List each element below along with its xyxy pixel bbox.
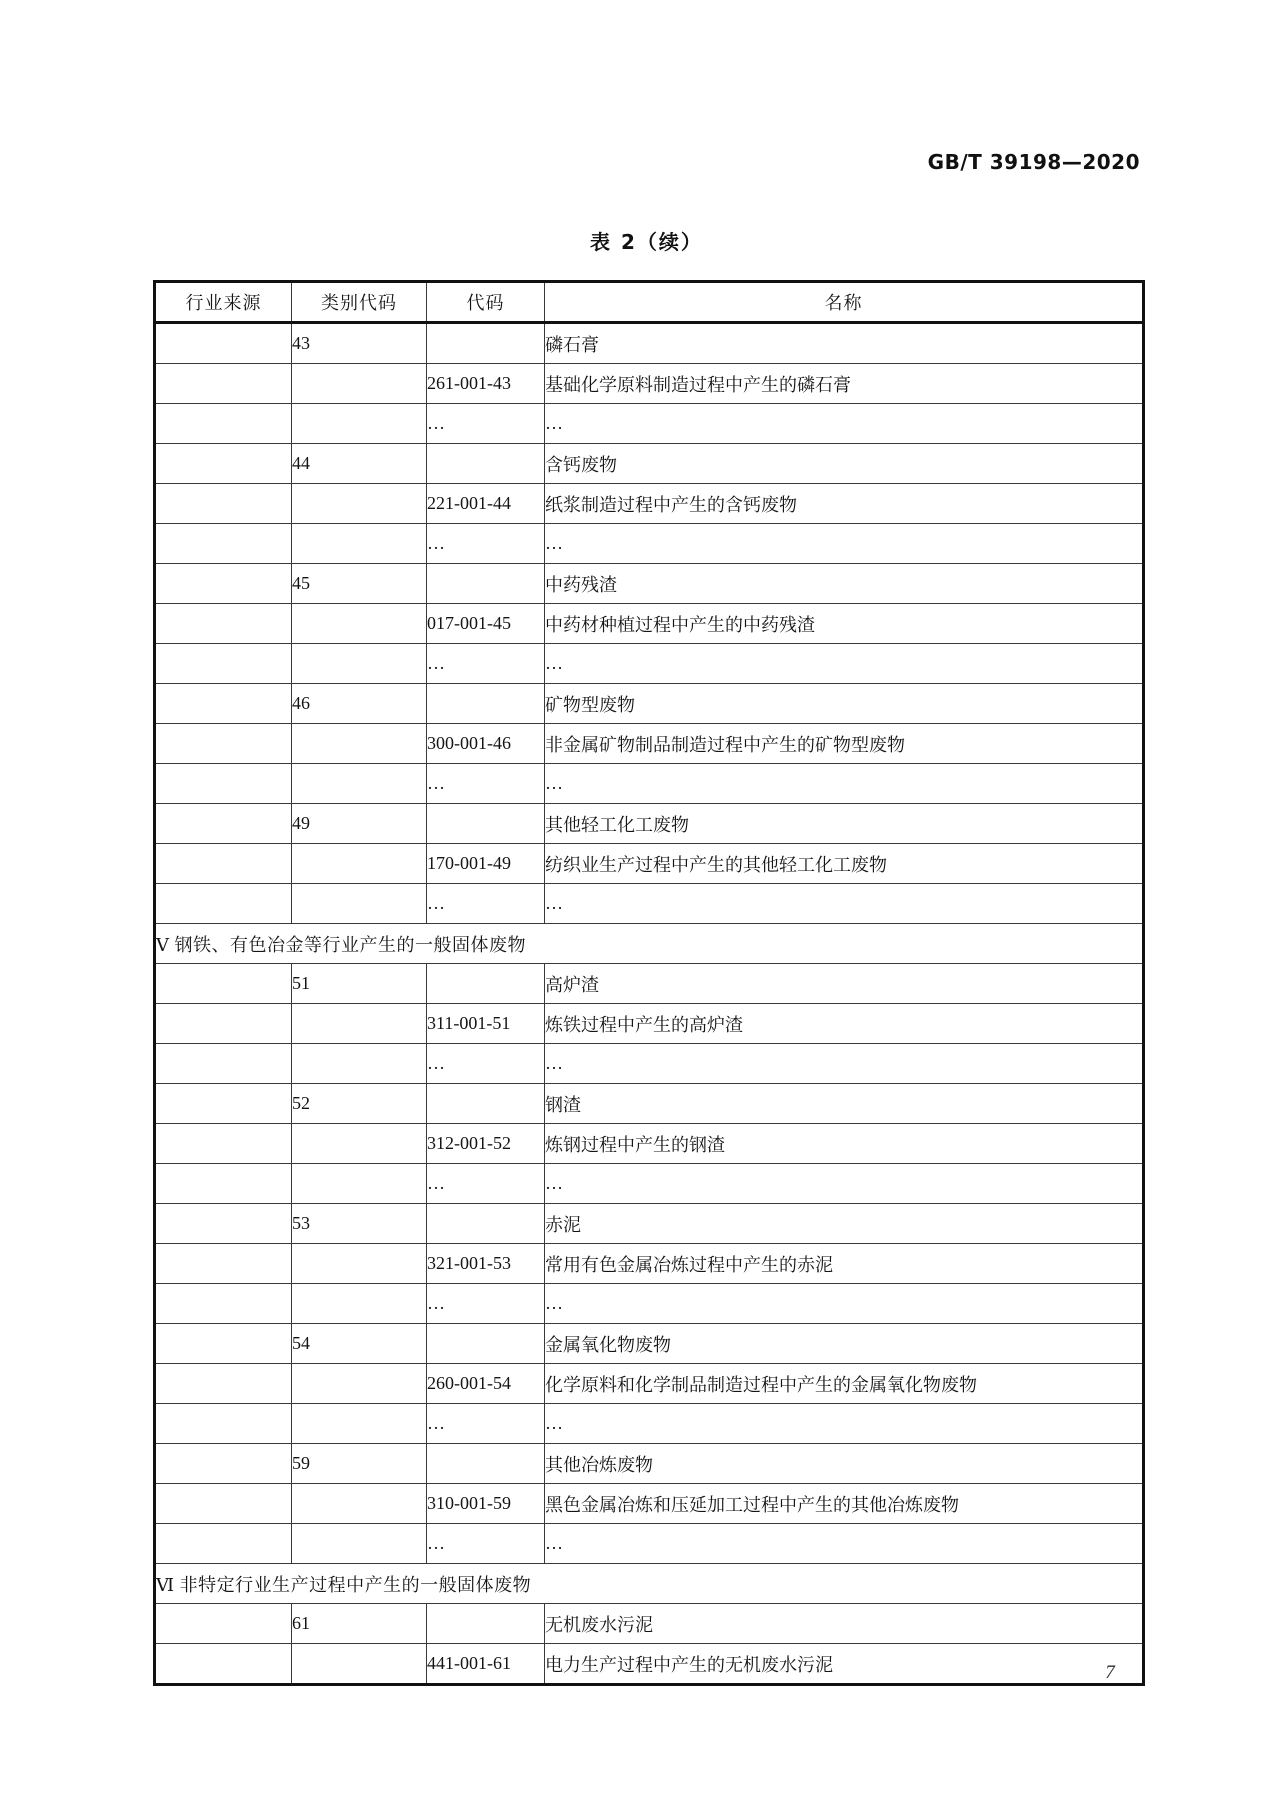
cell-code: 312-001-52 (427, 1124, 545, 1164)
cell-code: … (427, 884, 545, 924)
cell-category: 45 (292, 564, 427, 604)
cell-name: 化学原料和化学制品制造过程中产生的金属氧化物废物 (545, 1364, 1144, 1404)
table-row: …… (155, 1044, 1144, 1084)
cell-name: … (545, 764, 1144, 804)
table-row: 311-001-51炼铁过程中产生的高炉渣 (155, 1004, 1144, 1044)
cell-category (292, 1124, 427, 1164)
cell-name: 电力生产过程中产生的无机废水污泥 (545, 1644, 1144, 1685)
cell-code: … (427, 1524, 545, 1564)
cell-category (292, 484, 427, 524)
cell-category: 49 (292, 804, 427, 844)
header-row: 行业来源 类别代码 代码 名称 (155, 282, 1144, 323)
cell-industry (155, 1004, 292, 1044)
cell-code (427, 1444, 545, 1484)
cell-name: 纸浆制造过程中产生的含钙废物 (545, 484, 1144, 524)
cell-code (427, 684, 545, 724)
cell-category (292, 1524, 427, 1564)
table-row: …… (155, 524, 1144, 564)
cell-industry (155, 1164, 292, 1204)
cell-name: 基础化学原料制造过程中产生的磷石膏 (545, 364, 1144, 404)
cell-category (292, 604, 427, 644)
cell-industry (155, 884, 292, 924)
cell-category: 43 (292, 323, 427, 364)
cell-industry (155, 1404, 292, 1444)
cell-code: … (427, 524, 545, 564)
cell-name: 赤泥 (545, 1204, 1144, 1244)
cell-name: … (545, 884, 1144, 924)
cell-industry (155, 1364, 292, 1404)
cell-code: 321-001-53 (427, 1244, 545, 1284)
cell-name: 黑色金属冶炼和压延加工过程中产生的其他冶炼废物 (545, 1484, 1144, 1524)
cell-industry (155, 1204, 292, 1244)
cell-code: 311-001-51 (427, 1004, 545, 1044)
cell-code: … (427, 1164, 545, 1204)
cell-category (292, 524, 427, 564)
table-row: 321-001-53常用有色金属冶炼过程中产生的赤泥 (155, 1244, 1144, 1284)
table-row: 45中药残渣 (155, 564, 1144, 604)
cell-category (292, 1284, 427, 1324)
cell-name: 矿物型废物 (545, 684, 1144, 724)
table-row: 261-001-43基础化学原料制造过程中产生的磷石膏 (155, 364, 1144, 404)
cell-category (292, 1044, 427, 1084)
cell-category: 53 (292, 1204, 427, 1244)
cell-code (427, 1324, 545, 1364)
cell-code: 221-001-44 (427, 484, 545, 524)
table-row: 52钢渣 (155, 1084, 1144, 1124)
cell-industry (155, 1124, 292, 1164)
cell-name: 无机废水污泥 (545, 1604, 1144, 1644)
table-row: 312-001-52炼钢过程中产生的钢渣 (155, 1124, 1144, 1164)
cell-code: … (427, 404, 545, 444)
cell-category (292, 724, 427, 764)
cell-code: … (427, 764, 545, 804)
cell-industry (155, 524, 292, 564)
cell-industry (155, 604, 292, 644)
cell-category: 52 (292, 1084, 427, 1124)
cell-industry (155, 484, 292, 524)
cell-code (427, 1204, 545, 1244)
cell-industry (155, 564, 292, 604)
table-row: …… (155, 404, 1144, 444)
cell-category (292, 404, 427, 444)
table-row: 300-001-46非金属矿物制品制造过程中产生的矿物型废物 (155, 724, 1144, 764)
cell-code (427, 564, 545, 604)
table-row: 43磷石膏 (155, 323, 1144, 364)
cell-category (292, 1364, 427, 1404)
cell-industry (155, 804, 292, 844)
cell-code (427, 1084, 545, 1124)
cell-category (292, 1404, 427, 1444)
table-row: 310-001-59黑色金属冶炼和压延加工过程中产生的其他冶炼废物 (155, 1484, 1144, 1524)
standard-number: GB/T 39198—2020 (153, 150, 1140, 174)
cell-industry (155, 364, 292, 404)
table-title: 表 2（续） (153, 226, 1140, 255)
section-label: Ⅵ 非特定行业生产过程中产生的一般固体废物 (155, 1564, 1144, 1604)
cell-category (292, 1484, 427, 1524)
cell-industry (155, 1604, 292, 1644)
cell-industry (155, 1484, 292, 1524)
cell-category (292, 884, 427, 924)
cell-name: 非金属矿物制品制造过程中产生的矿物型废物 (545, 724, 1144, 764)
cell-industry (155, 1084, 292, 1124)
cell-code: … (427, 1284, 545, 1324)
cell-category (292, 844, 427, 884)
table-row: …… (155, 1524, 1144, 1564)
cell-name: … (545, 644, 1144, 684)
cell-code (427, 964, 545, 1004)
section-label: Ⅴ 钢铁、有色冶金等行业产生的一般固体废物 (155, 924, 1144, 964)
cell-name: 常用有色金属冶炼过程中产生的赤泥 (545, 1244, 1144, 1284)
table-row: 170-001-49纺织业生产过程中产生的其他轻工化工废物 (155, 844, 1144, 884)
table-row: 441-001-61电力生产过程中产生的无机废水污泥 (155, 1644, 1144, 1685)
cell-industry (155, 684, 292, 724)
cell-category (292, 1644, 427, 1685)
cell-name: 中药残渣 (545, 564, 1144, 604)
page-number: 7 (1080, 1662, 1140, 1684)
table-row: 017-001-45中药材种植过程中产生的中药残渣 (155, 604, 1144, 644)
cell-industry (155, 404, 292, 444)
cell-category: 59 (292, 1444, 427, 1484)
cell-industry (155, 1284, 292, 1324)
table-row: 51高炉渣 (155, 964, 1144, 1004)
table-header: 行业来源 类别代码 代码 名称 (155, 282, 1144, 323)
table-row: …… (155, 644, 1144, 684)
table-row: …… (155, 1404, 1144, 1444)
cell-category (292, 364, 427, 404)
cell-name: 高炉渣 (545, 964, 1144, 1004)
table-row: …… (155, 764, 1144, 804)
cell-industry (155, 1244, 292, 1284)
section-row: Ⅴ 钢铁、有色冶金等行业产生的一般固体废物 (155, 924, 1144, 964)
col-header-name: 名称 (545, 282, 1144, 323)
waste-classification-table: 行业来源 类别代码 代码 名称 43磷石膏261-001-43基础化学原料制造过… (153, 280, 1145, 1686)
cell-code (427, 804, 545, 844)
section-row: Ⅵ 非特定行业生产过程中产生的一般固体废物 (155, 1564, 1144, 1604)
cell-category: 51 (292, 964, 427, 1004)
table-body: 43磷石膏261-001-43基础化学原料制造过程中产生的磷石膏……44含钙废物… (155, 323, 1144, 1685)
col-header-industry-source: 行业来源 (155, 282, 292, 323)
cell-name: 中药材种植过程中产生的中药残渣 (545, 604, 1144, 644)
cell-name: … (545, 1044, 1144, 1084)
cell-code (427, 323, 545, 364)
cell-code: 441-001-61 (427, 1644, 545, 1685)
cell-name: 钢渣 (545, 1084, 1144, 1124)
table-row: 61无机废水污泥 (155, 1604, 1144, 1644)
cell-code: 170-001-49 (427, 844, 545, 884)
cell-category (292, 1164, 427, 1204)
cell-code: … (427, 1044, 545, 1084)
cell-name: 其他冶炼废物 (545, 1444, 1144, 1484)
cell-code: 260-001-54 (427, 1364, 545, 1404)
col-header-category-code: 类别代码 (292, 282, 427, 323)
cell-name: 磷石膏 (545, 323, 1144, 364)
cell-name: … (545, 1404, 1144, 1444)
cell-name: 炼铁过程中产生的高炉渣 (545, 1004, 1144, 1044)
cell-industry (155, 1644, 292, 1685)
cell-code: … (427, 1404, 545, 1444)
cell-name: 其他轻工化工废物 (545, 804, 1144, 844)
document-page: GB/T 39198—2020 表 2（续） 行业来源 类别代码 代码 名称 4… (0, 0, 1280, 1810)
cell-industry (155, 1444, 292, 1484)
cell-code: 300-001-46 (427, 724, 545, 764)
table-row: 59其他冶炼废物 (155, 1444, 1144, 1484)
cell-category: 44 (292, 444, 427, 484)
cell-code: 017-001-45 (427, 604, 545, 644)
table-row: 221-001-44纸浆制造过程中产生的含钙废物 (155, 484, 1144, 524)
table-row: …… (155, 1284, 1144, 1324)
cell-industry (155, 764, 292, 804)
cell-category (292, 764, 427, 804)
cell-industry (155, 323, 292, 364)
cell-category: 61 (292, 1604, 427, 1644)
cell-name: … (545, 1524, 1144, 1564)
table-row: …… (155, 1164, 1144, 1204)
cell-name: 纺织业生产过程中产生的其他轻工化工废物 (545, 844, 1144, 884)
table-row: 46矿物型废物 (155, 684, 1144, 724)
cell-industry (155, 844, 292, 884)
table-row: 44含钙废物 (155, 444, 1144, 484)
cell-name: … (545, 1164, 1144, 1204)
cell-industry (155, 724, 292, 764)
cell-code (427, 444, 545, 484)
col-header-code: 代码 (427, 282, 545, 323)
cell-category (292, 1004, 427, 1044)
cell-name: … (545, 404, 1144, 444)
table-row: 49其他轻工化工废物 (155, 804, 1144, 844)
table-row: 54金属氧化物废物 (155, 1324, 1144, 1364)
cell-code: 261-001-43 (427, 364, 545, 404)
table-row: 260-001-54化学原料和化学制品制造过程中产生的金属氧化物废物 (155, 1364, 1144, 1404)
cell-industry (155, 964, 292, 1004)
cell-code: 310-001-59 (427, 1484, 545, 1524)
table-row: 53赤泥 (155, 1204, 1144, 1244)
cell-industry (155, 444, 292, 484)
cell-industry (155, 1524, 292, 1564)
cell-industry (155, 1044, 292, 1084)
cell-code: … (427, 644, 545, 684)
cell-name: 炼钢过程中产生的钢渣 (545, 1124, 1144, 1164)
table-row: …… (155, 884, 1144, 924)
cell-industry (155, 644, 292, 684)
cell-name: … (545, 1284, 1144, 1324)
cell-category (292, 1244, 427, 1284)
cell-category: 54 (292, 1324, 427, 1364)
cell-name: 含钙废物 (545, 444, 1144, 484)
cell-category (292, 644, 427, 684)
cell-name: 金属氧化物废物 (545, 1324, 1144, 1364)
cell-industry (155, 1324, 292, 1364)
cell-name: … (545, 524, 1144, 564)
cell-code (427, 1604, 545, 1644)
cell-category: 46 (292, 684, 427, 724)
